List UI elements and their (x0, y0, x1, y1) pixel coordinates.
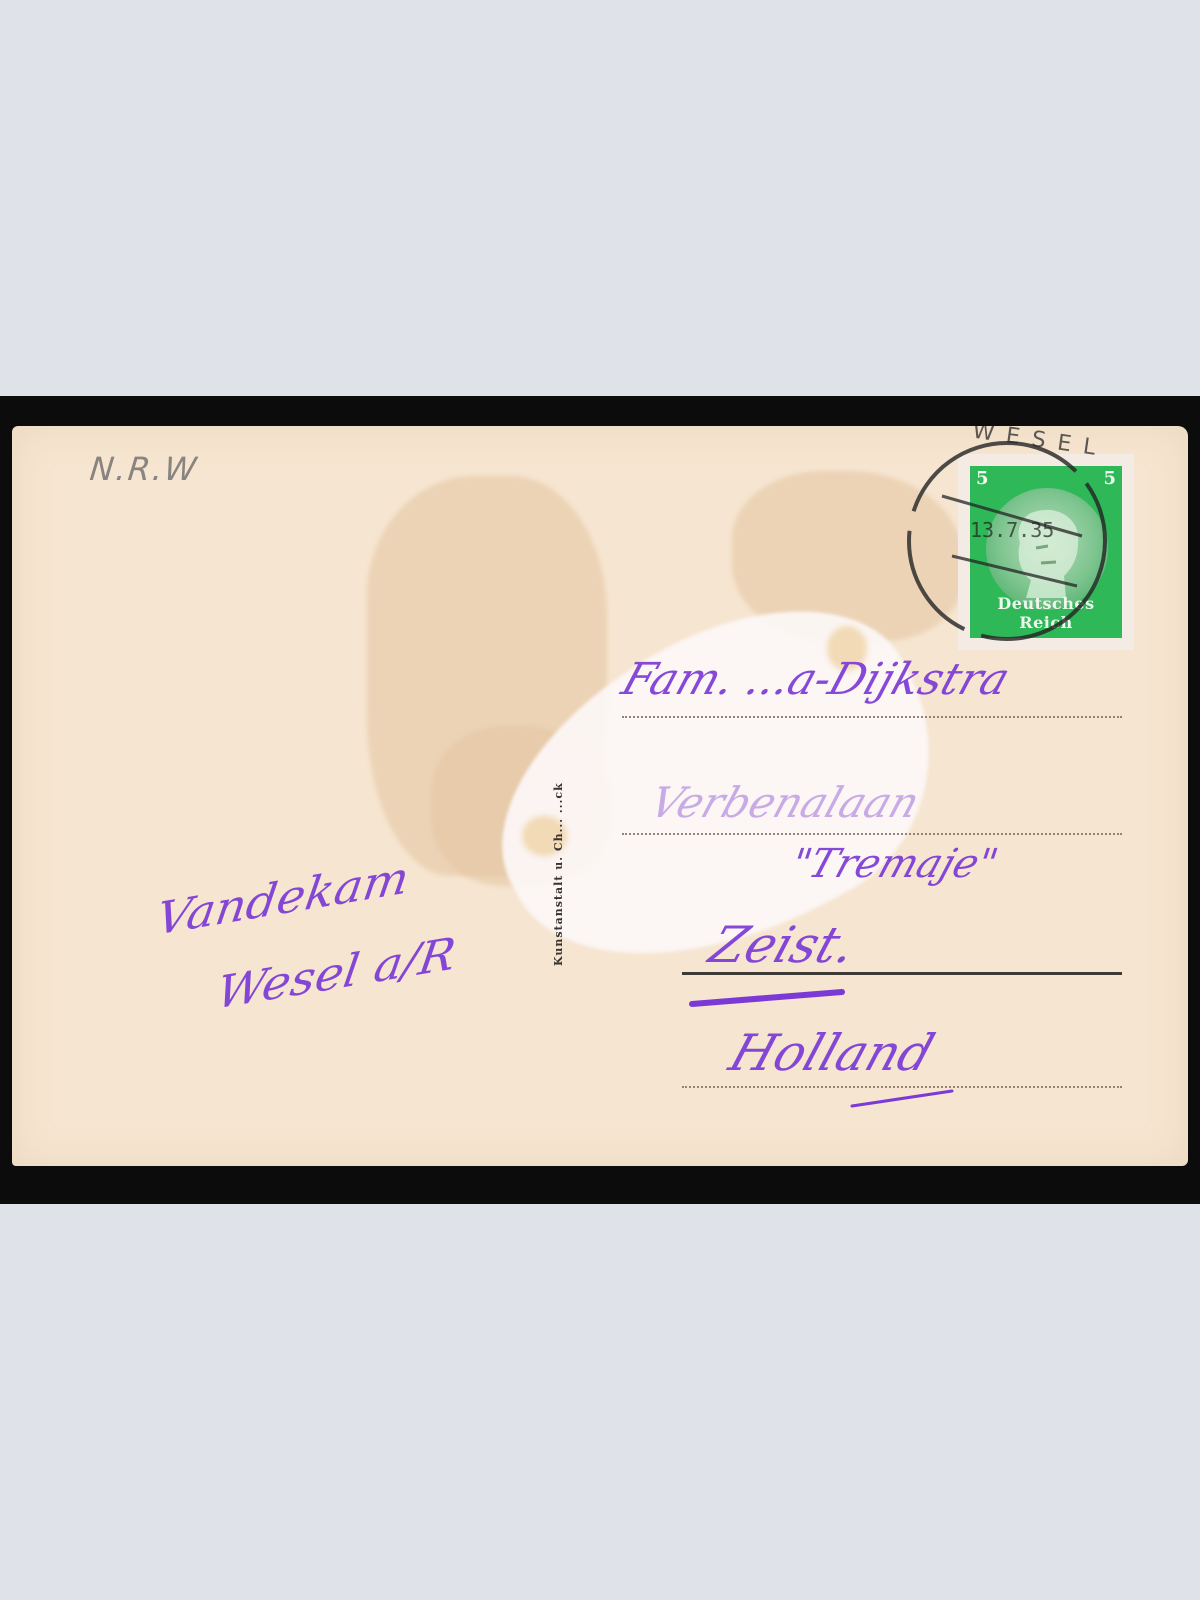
sender-name: Vandekam (153, 850, 413, 945)
address-line (622, 833, 1122, 835)
publisher-imprint: Kunstanstalt u. Ch... ...ck (552, 782, 565, 966)
stamp-value: 5 (976, 468, 989, 489)
stamp-country: Deutsches Reich (970, 594, 1122, 632)
stamp-value: 5 (1103, 468, 1116, 489)
portrait-icon (986, 488, 1108, 610)
address-line (622, 716, 1122, 718)
stamp-face: 5 5 Deutsches Reich (970, 466, 1122, 638)
recipient-city: Zeist. (703, 916, 864, 974)
recipient-house-name: "Tremaje" (785, 841, 1004, 887)
underline-strokes (682, 976, 1162, 1136)
pencil-note: N.R.W (88, 450, 200, 488)
sender-city: Wesel a/R (213, 927, 459, 1020)
postcard: N.R.W Kunstanstalt u. Ch... ...ck 5 5 De… (12, 426, 1188, 1166)
postmark-date: 13.7.35 (970, 518, 1054, 542)
photo-frame: N.R.W Kunstanstalt u. Ch... ...ck 5 5 De… (0, 396, 1200, 1204)
recipient-name: Fam. ...a-Dijkstra (616, 654, 1016, 705)
recipient-street: Verbenalaan (644, 778, 926, 827)
postage-stamp: 5 5 Deutsches Reich (958, 454, 1134, 650)
